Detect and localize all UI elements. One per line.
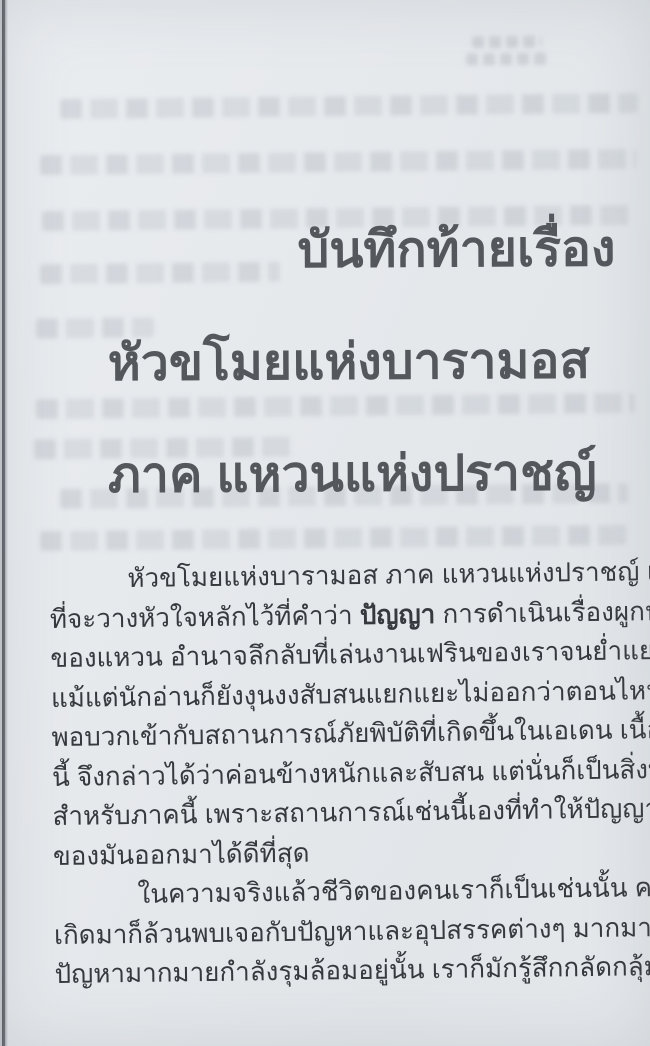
body-text-line: พอบวกเข้ากับสถานการณ์ภัยพิบัติที่เกิดขึ้… <box>51 711 623 758</box>
showthrough-text <box>466 53 550 66</box>
showthrough-text <box>472 36 542 49</box>
body-text-segment: การดำเนินเรื่องผูกปมหลักไว้ที่อำนาจ <box>435 593 650 628</box>
book-edge <box>0 0 8 1046</box>
body-text-line: ของแหวน อำนาจลึกลับที่เล่นงานเฟรินของเรา… <box>50 632 622 679</box>
chapter-title-line-2: หัวขโมยแห่งบารามอส <box>0 304 616 419</box>
body-text-line: ปัญหามากมายกำลังรุมล้อมอยู่นั้น เราก็มัก… <box>54 947 626 994</box>
showthrough-text <box>60 93 638 119</box>
emphasized-word: ปัญญา <box>360 598 436 629</box>
showthrough-text <box>40 149 636 175</box>
chapter-title-line-3: ภาค แหวนแห่งปราชญ์ <box>0 416 617 531</box>
body-text: หัวขโมยแห่งบารามอส ภาค แหวนแห่งปราชญ์ แร… <box>49 553 627 995</box>
body-text-line: หัวขโมยแห่งบารามอส ภาค แหวนแห่งปราชญ์ แร… <box>49 553 621 600</box>
body-text-line: สำหรับภาคนี้ เพราะสถานการณ์เช่นนี้เองที่… <box>52 790 624 837</box>
body-text-segment: ที่จะวางหัวใจหลักไว้ที่คำว่า <box>50 599 360 633</box>
chapter-title-line-1: บันทึกท้ายเรื่อง <box>0 192 616 307</box>
body-text-line: ในความจริงแล้วชีวิตของคนเราก็เป็นเช่นนั้… <box>53 869 625 916</box>
book-page-photo: บันทึกท้ายเรื่อง หัวขโมยแห่งบารามอส ภาค … <box>0 0 650 1046</box>
chapter-title: บันทึกท้ายเรื่อง หัวขโมยแห่งบารามอส ภาค … <box>0 192 617 531</box>
